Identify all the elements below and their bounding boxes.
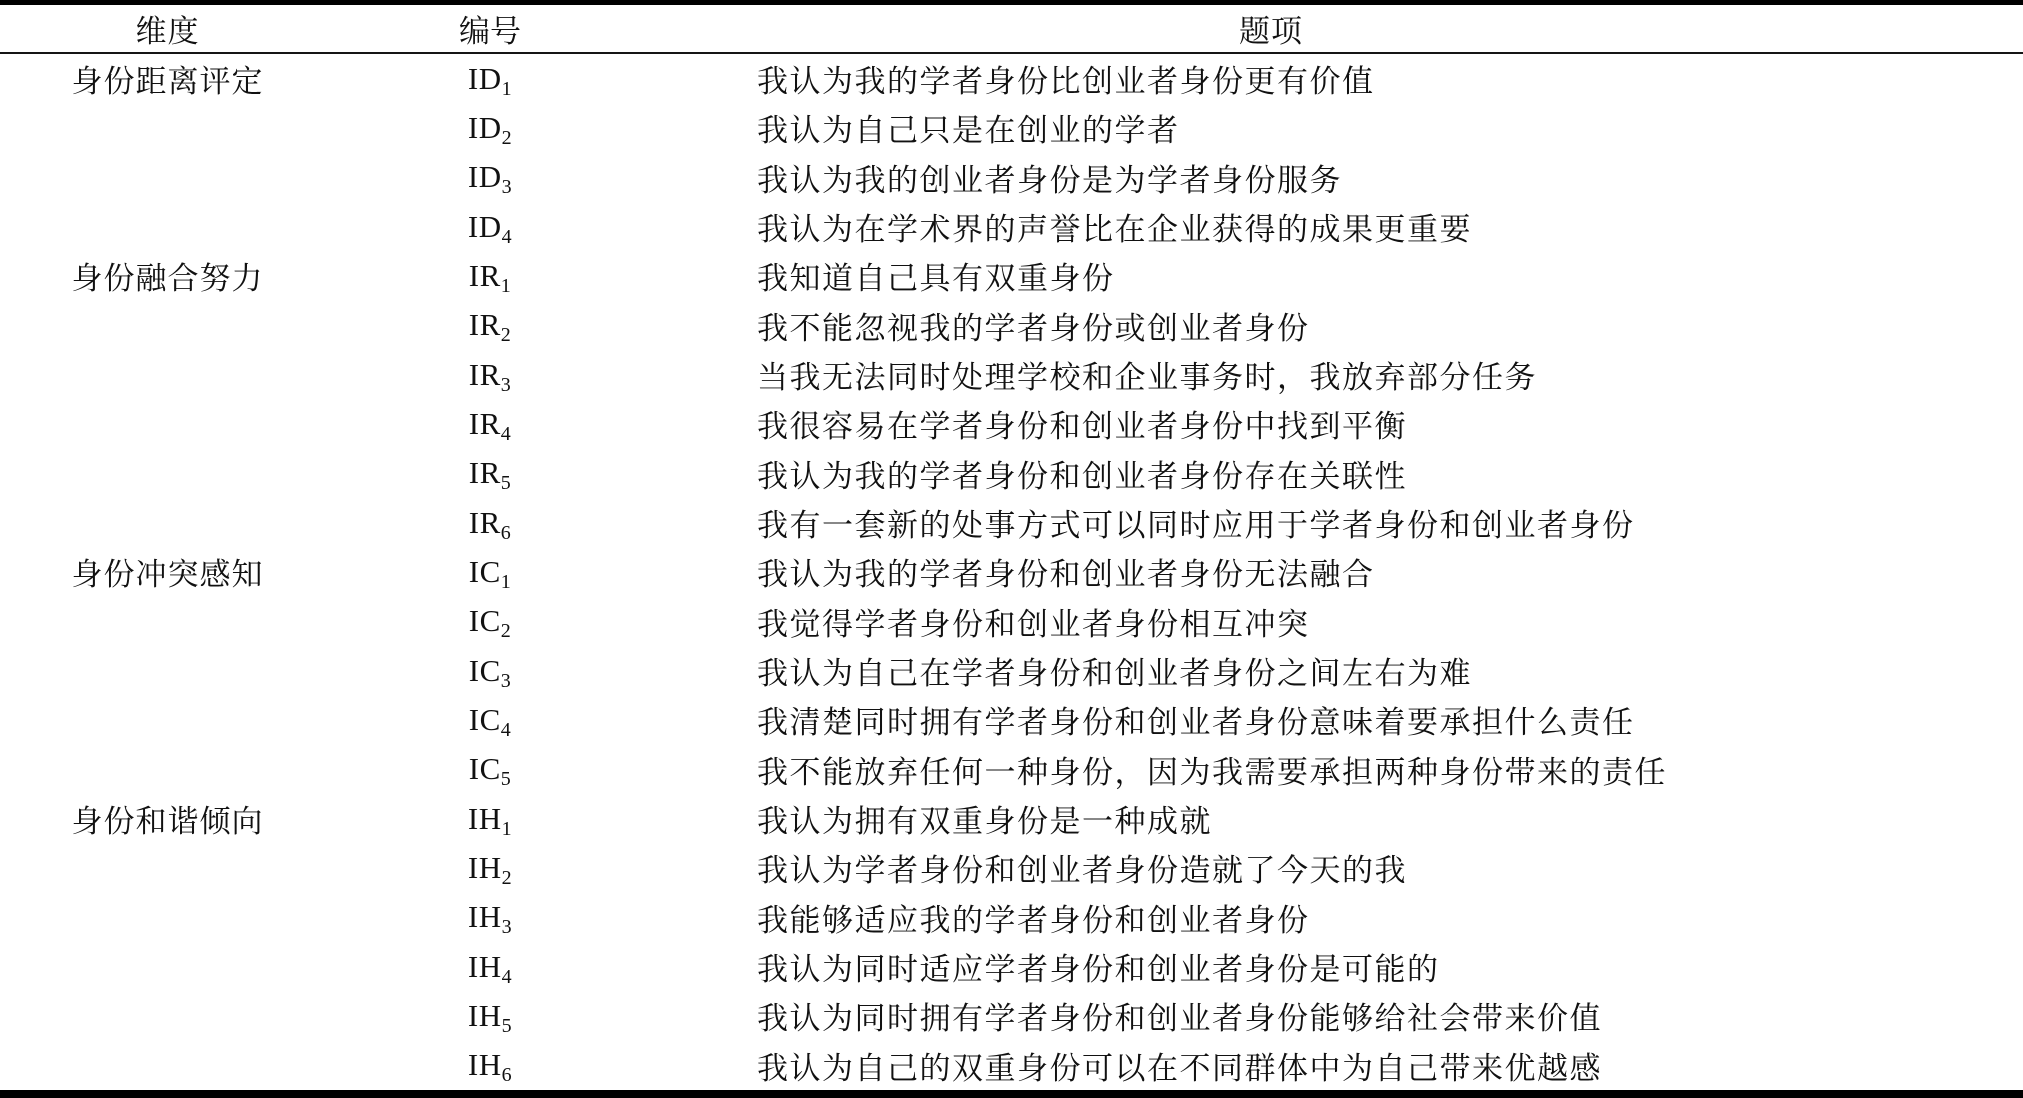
item-code: IC1 bbox=[335, 554, 645, 590]
item-code: IC5 bbox=[335, 751, 645, 787]
item-code: IH1 bbox=[335, 801, 645, 837]
item-code-subscript: 6 bbox=[501, 522, 512, 544]
item-code-subscript: 4 bbox=[501, 719, 512, 741]
item-code-letters: IC bbox=[469, 751, 501, 786]
item-code-letters: IC bbox=[469, 653, 501, 688]
table-body: 身份距离评定ID1我认为我的学者身份比创业者身份更有价值ID2我认为自己只是在创… bbox=[0, 54, 2023, 1090]
item-code: IH4 bbox=[335, 949, 645, 985]
table-row: 身份距离评定ID1我认为我的学者身份比创业者身份更有价值 bbox=[0, 54, 2023, 103]
item-code: ID2 bbox=[335, 110, 645, 146]
item-text: 我认为同时拥有学者身份和创业者身份能够给社会带来价值 bbox=[645, 993, 2023, 1038]
item-code-letters: IH bbox=[468, 949, 502, 984]
item-code-subscript: 1 bbox=[501, 571, 512, 593]
item-code-subscript: 6 bbox=[502, 1064, 513, 1086]
item-code-letters: IR bbox=[469, 357, 501, 392]
item-code-subscript: 2 bbox=[502, 127, 513, 149]
item-code-letters: IR bbox=[469, 307, 501, 342]
item-code-subscript: 3 bbox=[501, 374, 512, 396]
item-text: 我认为自己只是在创业的学者 bbox=[645, 105, 2023, 150]
item-code-letters: IH bbox=[468, 801, 502, 836]
item-code-subscript: 4 bbox=[501, 423, 512, 445]
item-code: ID1 bbox=[335, 61, 645, 97]
table-row: IC5我不能放弃任何一种身份，因为我需要承担两种身份带来的责任 bbox=[0, 745, 2023, 794]
item-text: 我认为自己的双重身份可以在不同群体中为自己带来优越感 bbox=[645, 1043, 2023, 1088]
item-code-subscript: 3 bbox=[502, 176, 513, 198]
scale-items-table: 维度 编号 题项 身份距离评定ID1我认为我的学者身份比创业者身份更有价值ID2… bbox=[0, 0, 2023, 1098]
item-code-letters: IC bbox=[469, 603, 501, 638]
table-row: IR2我不能忽视我的学者身份或创业者身份 bbox=[0, 301, 2023, 350]
item-text: 我认为同时适应学者身份和创业者身份是可能的 bbox=[645, 944, 2023, 989]
table-row: IH6我认为自己的双重身份可以在不同群体中为自己带来优越感 bbox=[0, 1041, 2023, 1090]
table-row: IH3我能够适应我的学者身份和创业者身份 bbox=[0, 893, 2023, 942]
item-code-subscript: 4 bbox=[502, 966, 513, 988]
item-code-subscript: 4 bbox=[502, 226, 513, 248]
header-item: 题项 bbox=[645, 6, 2023, 51]
item-code: ID4 bbox=[335, 209, 645, 245]
table-row: IR3当我无法同时处理学校和企业事务时，我放弃部分任务 bbox=[0, 350, 2023, 399]
item-code-letters: IH bbox=[468, 1047, 502, 1082]
item-code-subscript: 2 bbox=[502, 867, 513, 889]
item-code: IR5 bbox=[335, 455, 645, 491]
item-text: 我能够适应我的学者身份和创业者身份 bbox=[645, 895, 2023, 940]
item-text: 我知道自己具有双重身份 bbox=[645, 253, 2023, 298]
table-row: ID4我认为在学术界的声誉比在企业获得的成果更重要 bbox=[0, 202, 2023, 251]
item-code-letters: IR bbox=[469, 258, 501, 293]
item-code-subscript: 1 bbox=[502, 818, 513, 840]
table-row: IH4我认为同时适应学者身份和创业者身份是可能的 bbox=[0, 942, 2023, 991]
item-code-letters: ID bbox=[468, 110, 502, 145]
item-text: 我很容易在学者身份和创业者身份中找到平衡 bbox=[645, 401, 2023, 446]
item-code-letters: IR bbox=[469, 455, 501, 490]
item-code-letters: ID bbox=[468, 209, 502, 244]
item-code-subscript: 2 bbox=[501, 324, 512, 346]
table-row: IH2我认为学者身份和创业者身份造就了今天的我 bbox=[0, 843, 2023, 892]
dimension-cell: 身份距离评定 bbox=[0, 56, 335, 101]
item-code-subscript: 5 bbox=[502, 1015, 513, 1037]
item-code-subscript: 3 bbox=[501, 670, 512, 692]
item-text: 当我无法同时处理学校和企业事务时，我放弃部分任务 bbox=[645, 352, 2023, 397]
item-code: IH5 bbox=[335, 998, 645, 1034]
item-code-subscript: 5 bbox=[501, 472, 512, 494]
item-code: IR6 bbox=[335, 505, 645, 541]
table-row: IC2我觉得学者身份和创业者身份相互冲突 bbox=[0, 597, 2023, 646]
table-row: IR5我认为我的学者身份和创业者身份存在关联性 bbox=[0, 449, 2023, 498]
dimension-cell: 身份融合努力 bbox=[0, 253, 335, 298]
item-text: 我认为拥有双重身份是一种成就 bbox=[645, 796, 2023, 841]
item-text: 我不能放弃任何一种身份，因为我需要承担两种身份带来的责任 bbox=[645, 747, 2023, 792]
table-row: IH5我认为同时拥有学者身份和创业者身份能够给社会带来价值 bbox=[0, 991, 2023, 1040]
item-text: 我认为学者身份和创业者身份造就了今天的我 bbox=[645, 845, 2023, 890]
table-row: 身份冲突感知IC1我认为我的学者身份和创业者身份无法融合 bbox=[0, 547, 2023, 596]
dimension-cell: 身份和谐倾向 bbox=[0, 796, 335, 841]
item-code-letters: IH bbox=[468, 998, 502, 1033]
item-code-subscript: 2 bbox=[501, 620, 512, 642]
table-row: IR4我很容易在学者身份和创业者身份中找到平衡 bbox=[0, 399, 2023, 448]
item-code-subscript: 1 bbox=[501, 275, 512, 297]
table-row: IC4我清楚同时拥有学者身份和创业者身份意味着要承担什么责任 bbox=[0, 695, 2023, 744]
item-code-letters: IC bbox=[469, 554, 501, 589]
item-code-letters: IC bbox=[469, 702, 501, 737]
item-code-subscript: 5 bbox=[501, 768, 512, 790]
table-row: 身份和谐倾向IH1我认为拥有双重身份是一种成就 bbox=[0, 794, 2023, 843]
table-header-row: 维度 编号 题项 bbox=[0, 5, 2023, 54]
item-text: 我有一套新的处事方式可以同时应用于学者身份和创业者身份 bbox=[645, 500, 2023, 545]
item-code: IC2 bbox=[335, 603, 645, 639]
item-text: 我清楚同时拥有学者身份和创业者身份意味着要承担什么责任 bbox=[645, 697, 2023, 742]
item-code-subscript: 3 bbox=[502, 916, 513, 938]
item-code: IR1 bbox=[335, 258, 645, 294]
table-row: ID2我认为自己只是在创业的学者 bbox=[0, 103, 2023, 152]
table-row: ID3我认为我的创业者身份是为学者身份服务 bbox=[0, 153, 2023, 202]
item-code: IH3 bbox=[335, 899, 645, 935]
item-text: 我认为我的创业者身份是为学者身份服务 bbox=[645, 155, 2023, 200]
item-text: 我觉得学者身份和创业者身份相互冲突 bbox=[645, 599, 2023, 644]
item-code-letters: IH bbox=[468, 899, 502, 934]
item-code: IC3 bbox=[335, 653, 645, 689]
item-code-letters: IR bbox=[469, 505, 501, 540]
header-dimension: 维度 bbox=[0, 6, 335, 51]
item-text: 我认为我的学者身份和创业者身份存在关联性 bbox=[645, 451, 2023, 496]
item-code-letters: ID bbox=[468, 159, 502, 194]
dimension-cell: 身份冲突感知 bbox=[0, 549, 335, 594]
item-text: 我认为我的学者身份比创业者身份更有价值 bbox=[645, 56, 2023, 101]
item-code: IH2 bbox=[335, 850, 645, 886]
item-code: ID3 bbox=[335, 159, 645, 195]
table-row: IC3我认为自己在学者身份和创业者身份之间左右为难 bbox=[0, 646, 2023, 695]
item-text: 我认为在学术界的声誉比在企业获得的成果更重要 bbox=[645, 204, 2023, 249]
item-text: 我不能忽视我的学者身份或创业者身份 bbox=[645, 303, 2023, 348]
item-code: IR2 bbox=[335, 307, 645, 343]
table-row: IR6我有一套新的处事方式可以同时应用于学者身份和创业者身份 bbox=[0, 498, 2023, 547]
item-code-subscript: 1 bbox=[502, 78, 513, 100]
item-code: IR4 bbox=[335, 406, 645, 442]
item-text: 我认为自己在学者身份和创业者身份之间左右为难 bbox=[645, 648, 2023, 693]
header-code: 编号 bbox=[335, 6, 645, 51]
item-code-letters: IH bbox=[468, 850, 502, 885]
item-code-letters: IR bbox=[469, 406, 501, 441]
item-text: 我认为我的学者身份和创业者身份无法融合 bbox=[645, 549, 2023, 594]
table-row: 身份融合努力IR1我知道自己具有双重身份 bbox=[0, 251, 2023, 300]
item-code: IH6 bbox=[335, 1047, 645, 1083]
item-code: IC4 bbox=[335, 702, 645, 738]
item-code: IR3 bbox=[335, 357, 645, 393]
item-code-letters: ID bbox=[468, 61, 502, 96]
